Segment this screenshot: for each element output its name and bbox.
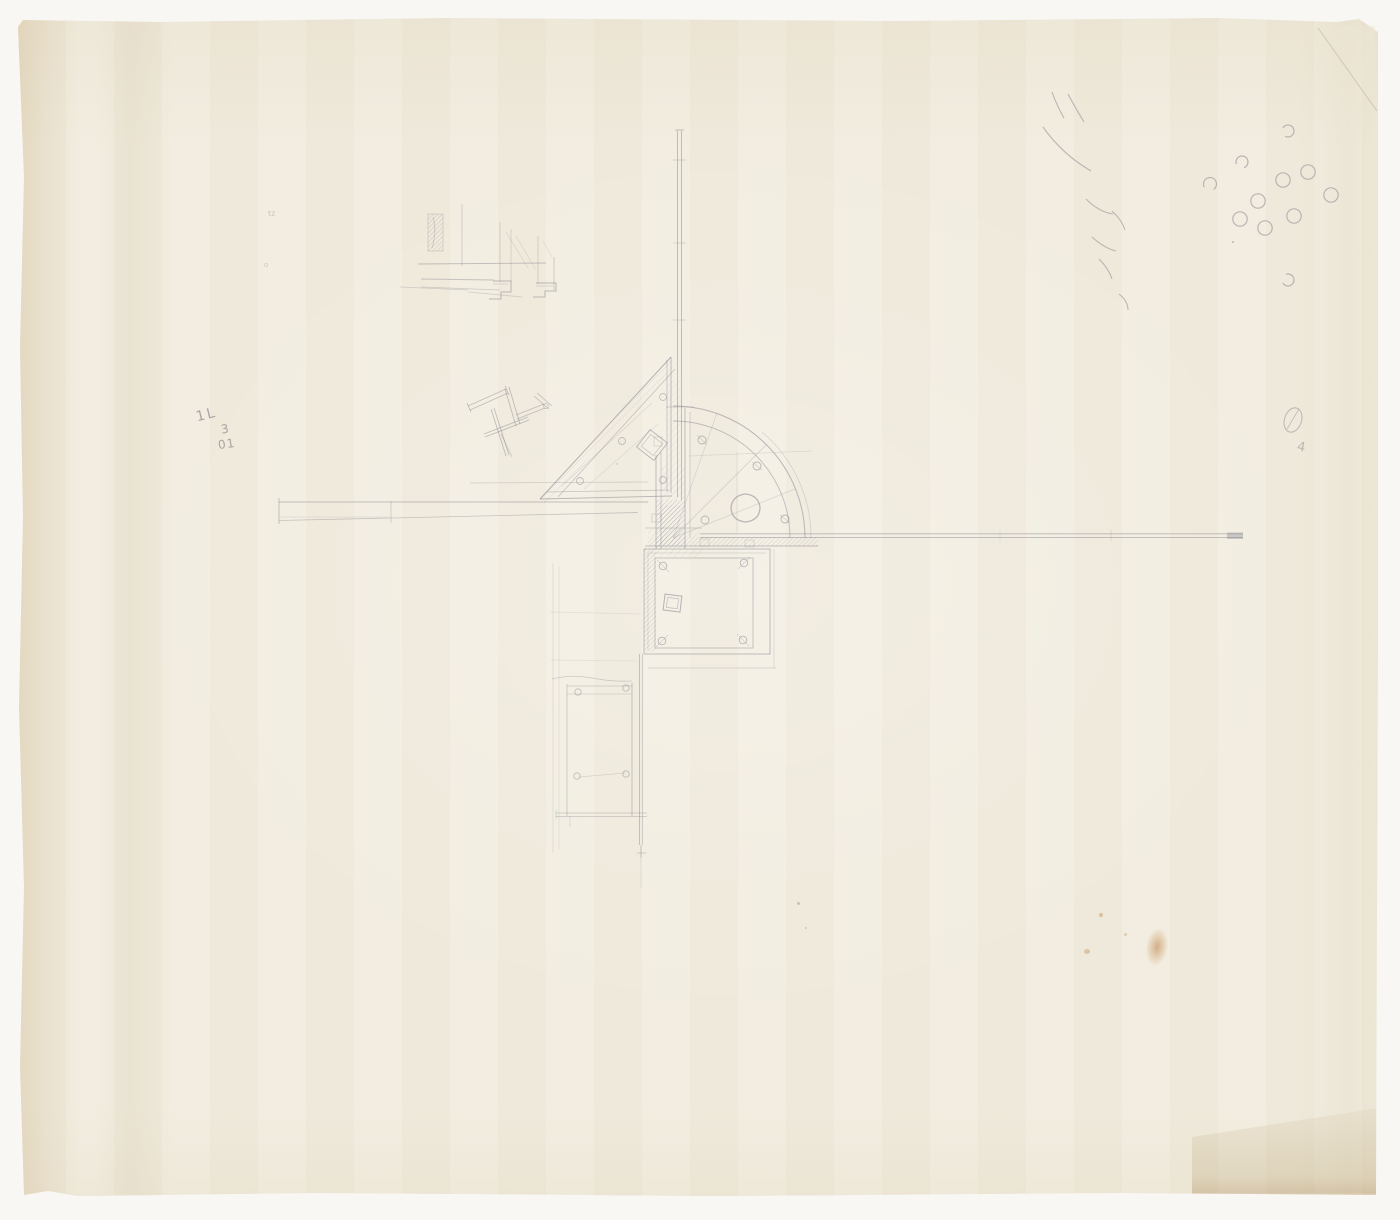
- handwritten-scribble-top: tz: [268, 210, 276, 219]
- cornice-section-sketch: [400, 204, 556, 299]
- quarter-arc-fan: [666, 406, 812, 538]
- tilted-bracket-sketch: [467, 386, 552, 457]
- flourish-arcs: [1043, 92, 1128, 310]
- handwritten-scribble-mid: o: [264, 262, 268, 269]
- tall-rectangle-plan: [550, 563, 647, 853]
- wall-junction: [652, 380, 690, 549]
- corner-crease: [1318, 26, 1377, 111]
- handwritten-note-3: 01: [217, 437, 236, 451]
- lower-spine-line: [637, 654, 646, 888]
- horizontal-wall-right: [645, 528, 1243, 547]
- circle-cluster: [1201, 123, 1338, 288]
- pencil-oval-mark: [1281, 405, 1305, 434]
- long-band-left: [279, 498, 648, 524]
- scanned-drawing-page: { "annotations": { "note_1": "1L", "note…: [0, 0, 1400, 1220]
- pencil-plan-drawing: [0, 0, 1400, 1220]
- square-room-plan: [644, 549, 776, 668]
